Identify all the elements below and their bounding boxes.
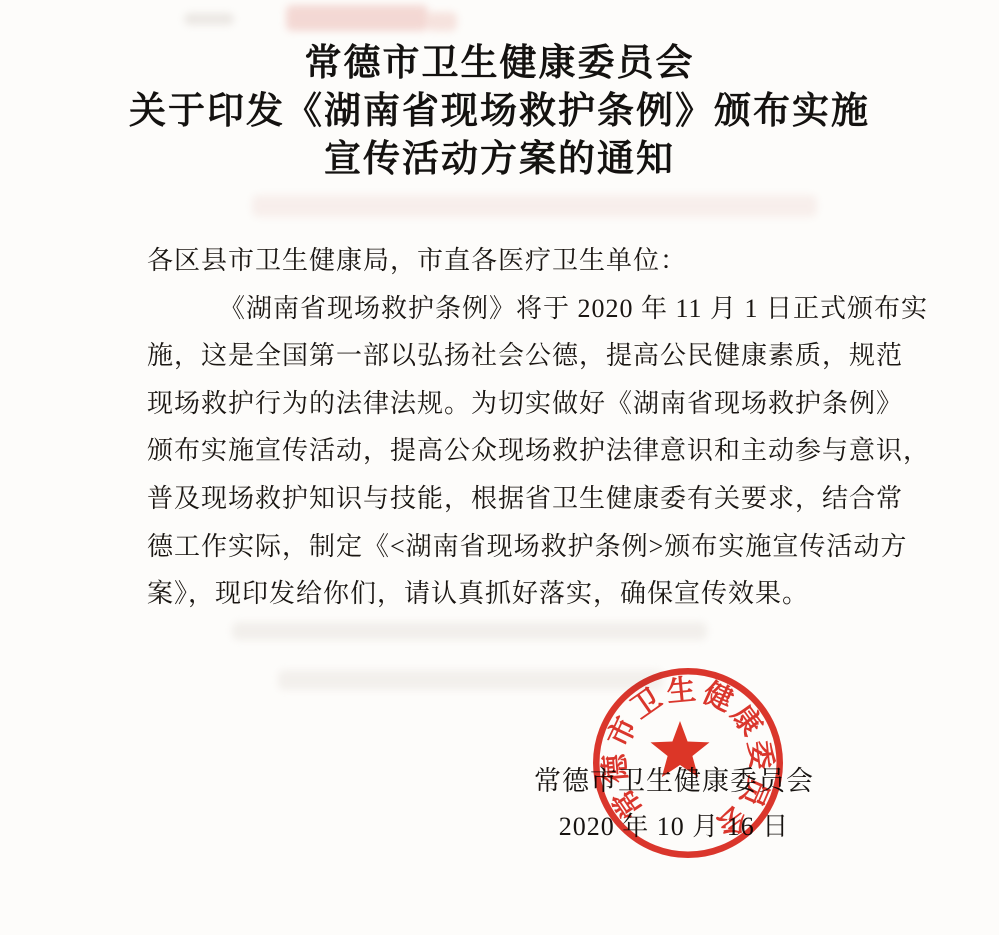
title-line-subject-2: 宣传活动方案的通知 <box>0 136 999 184</box>
signature-date: 2020 年 10 月 16 日 <box>464 810 884 844</box>
body-line: 德工作实际，制定《<湖南省现场救护条例>颁布实施宣传活动方 <box>147 523 892 571</box>
body-line: 颁布实施宣传活动，提高公众现场救护法律意识和主动参与意识， <box>147 427 892 475</box>
body-line: 《湖南省现场救护条例》将于 2020 年 11 月 1 日正式颁布实 <box>147 285 892 333</box>
body-line: 案》，现印发给你们，请认真抓好落实，确保宣传效果。 <box>147 570 892 618</box>
body-line: 施，这是全国第一部以弘扬社会公德，提高公民健康素质，规范 <box>147 332 892 380</box>
ink-bleed-smudge <box>232 622 707 640</box>
title-line-subject: 关于印发《湖南省现场救护条例》颁布实施 <box>0 88 999 136</box>
document-body: 各区县市卫生健康局，市直各医疗卫生单位： 《湖南省现场救护条例》将于 2020 … <box>147 237 892 618</box>
scanned-notice-page: 常德市卫生健康委员会 关于印发《湖南省现场救护条例》颁布实施 宣传活动方案的通知… <box>0 0 999 935</box>
ink-bleed-smudge <box>184 13 234 25</box>
ink-bleed-smudge <box>427 12 457 31</box>
salutation: 各区县市卫生健康局，市直各医疗卫生单位： <box>147 237 892 285</box>
title-line-issuer: 常德市卫生健康委员会 <box>0 40 999 88</box>
seal-char: 市 <box>601 712 643 752</box>
seal-char: 卫 <box>626 683 668 726</box>
seal-char: 健 <box>698 676 738 718</box>
seal-char: 康 <box>725 698 770 741</box>
ink-bleed-smudge <box>278 670 663 690</box>
ink-bleed-smudge <box>286 5 428 31</box>
body-line: 现场救护行为的法律法规。为切实做好《湖南省现场救护条例》 <box>147 380 892 428</box>
seal-char: 生 <box>665 673 697 709</box>
body-line: 普及现场救护知识与技能，根据省卫生健康委有关要求，结合常 <box>147 475 892 523</box>
ink-bleed-smudge <box>252 195 817 217</box>
document-title: 常德市卫生健康委员会 关于印发《湖南省现场救护条例》颁布实施 宣传活动方案的通知 <box>0 40 999 184</box>
signature-issuer: 常德市卫生健康委员会 <box>464 764 884 798</box>
